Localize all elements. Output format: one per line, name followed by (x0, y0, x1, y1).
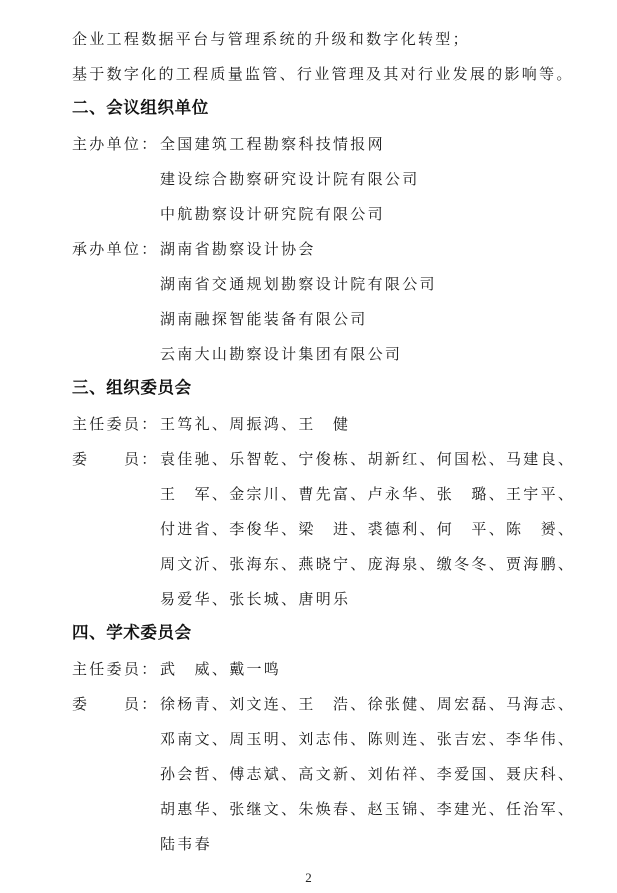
organizer-org: 湖南省交通规划勘察设计院有限公司 (160, 274, 437, 294)
page-number: 2 (0, 870, 617, 886)
member-names-line: 易爱华、张长城、唐明乐 (160, 589, 350, 609)
member-names-line: 付进省、李俊华、梁 进、裘德利、何 平、陈 赟、 (160, 519, 575, 539)
member-names-line: 孙会哲、傅志斌、高文新、刘佑祥、李爱国、聂庆科、 (160, 764, 575, 784)
org-committee-members-row: 委员： 袁佳驰、乐智乾、宁俊栋、胡新红、何国松、马建良、 (72, 449, 575, 469)
chair-names: 武 威、戴一鸣 (160, 660, 281, 678)
academic-committee-members-row: 委员： 徐杨青、刘文连、王 浩、徐张健、周宏磊、马海志、 (72, 694, 575, 714)
host-org: 中航勘察设计研究院有限公司 (160, 204, 385, 224)
host-org: 建设综合勘察研究设计院有限公司 (160, 169, 420, 189)
academic-committee-chair-row: 主任委员：武 威、戴一鸣 (72, 659, 281, 679)
members-label-right: 员： (124, 694, 159, 714)
section-heading-organizing-committee: 三、组织委员会 (72, 378, 192, 398)
member-names-line: 陆韦春 (160, 834, 212, 854)
member-names-line: 胡惠华、张继文、朱焕春、赵玉锦、李建光、任治军、 (160, 799, 575, 819)
intro-line: 基于数字化的工程质量监管、行业管理及其对行业发展的影响等。 (72, 64, 574, 84)
organizer-org: 湖南融探智能装备有限公司 (160, 309, 368, 329)
members-label-right: 员： (124, 449, 159, 469)
intro-line: 企业工程数据平台与管理系统的升级和数字化转型； (72, 29, 470, 49)
document-page: 企业工程数据平台与管理系统的升级和数字化转型； 基于数字化的工程质量监管、行业管… (0, 0, 617, 893)
members-label-left: 委 (72, 449, 89, 469)
chair-label: 主任委员： (72, 414, 160, 434)
section-heading-organizing-units: 二、会议组织单位 (72, 98, 209, 118)
org-committee-chair-row: 主任委员：王笃礼、周振鸿、王 健 (72, 414, 350, 434)
member-names-line: 王 军、金宗川、曹先富、卢永华、张 璐、王宇平、 (160, 484, 575, 504)
chair-names: 王笃礼、周振鸿、王 健 (160, 415, 350, 433)
organizer-units-row: 承办单位：湖南省勘察设计协会 (72, 239, 316, 259)
organizer-org: 云南大山勘察设计集团有限公司 (160, 344, 402, 364)
member-names-line: 徐杨青、刘文连、王 浩、徐张健、周宏磊、马海志、 (160, 695, 575, 713)
members-label-left: 委 (72, 694, 89, 714)
organizer-units-label: 承办单位： (72, 239, 160, 259)
host-org: 全国建筑工程勘察科技情报网 (160, 135, 385, 153)
members-label: 委员： (72, 449, 160, 469)
organizer-org: 湖南省勘察设计协会 (160, 240, 316, 258)
host-units-row: 主办单位：全国建筑工程勘察科技情报网 (72, 134, 385, 154)
section-heading-academic-committee: 四、学术委员会 (72, 623, 192, 643)
member-names-line: 邓南文、周玉明、刘志伟、陈则连、张吉宏、李华伟、 (160, 729, 575, 749)
member-names-line: 周文沂、张海东、燕晓宁、庞海泉、缴冬冬、贾海鹏、 (160, 554, 575, 574)
host-units-label: 主办单位： (72, 134, 160, 154)
members-label: 委员： (72, 694, 160, 714)
member-names-line: 袁佳驰、乐智乾、宁俊栋、胡新红、何国松、马建良、 (160, 450, 575, 468)
chair-label: 主任委员： (72, 659, 160, 679)
